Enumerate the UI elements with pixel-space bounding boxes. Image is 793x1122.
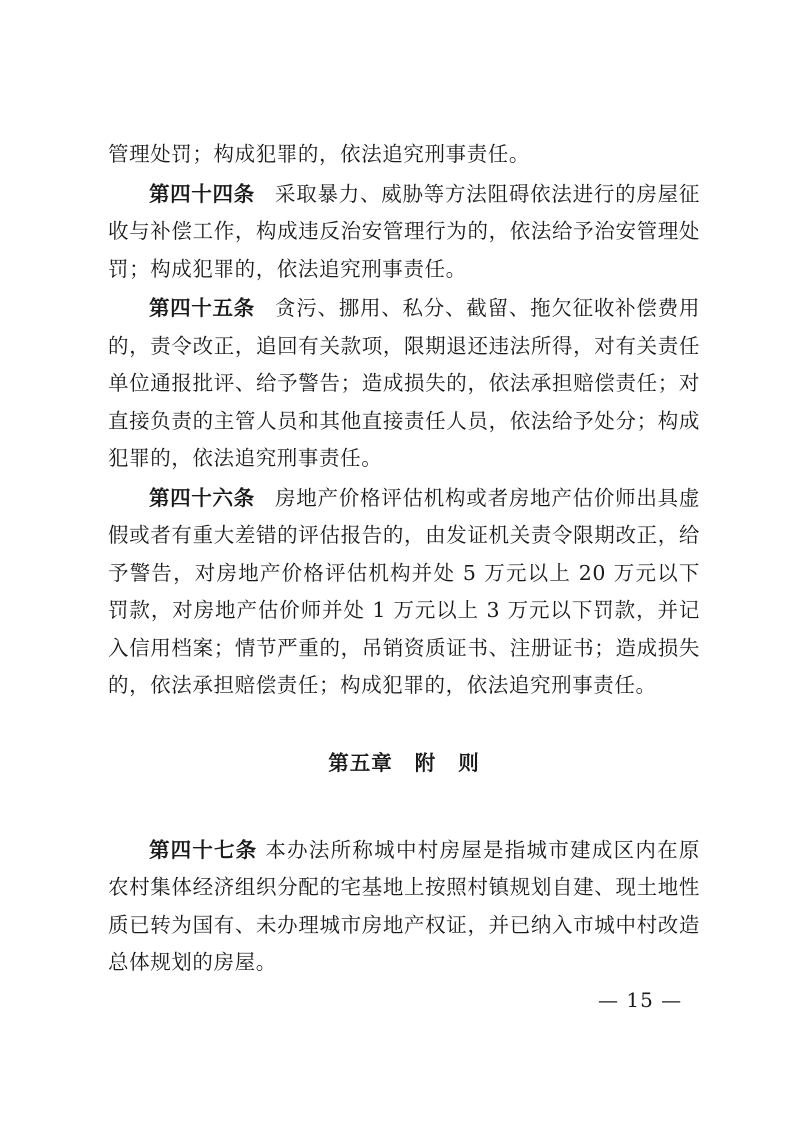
article-label: 第四十五条 [149,296,255,320]
page-number: — 15 — [598,988,682,1012]
continuation-paragraph: 管理处罚；构成犯罪的，依法追究刑事责任。 [108,136,700,174]
chapter-title-part1: 附 [415,751,437,775]
article-label: 第四十七条 [149,838,257,862]
article-44: 第四十四条采取暴力、威胁等方法阻碍依法进行的房屋征收与补偿工作，构成违反治安管理… [108,176,700,289]
article-45: 第四十五条贪污、挪用、私分、截留、拖欠征收补偿费用的，责令改正，追回有关款项，限… [108,290,700,478]
article-label: 第四十六条 [149,486,255,510]
chapter-title-part2: 则 [458,751,480,775]
article-text: 房地产价格评估机构或者房地产估价师出具虚假或者有重大差错的评估报告的，由发证机关… [108,486,700,698]
article-text: 贪污、挪用、私分、截留、拖欠征收补偿费用的，责令改正，追回有关款项，限期退还违法… [108,296,700,470]
article-label: 第四十四条 [149,182,255,206]
paragraph-text: 管理处罚；构成犯罪的，依法追究刑事责任。 [108,142,530,166]
article-47: 第四十七条本办法所称城中村房屋是指城市建成区内在原农村集体经济组织分配的宅基地上… [108,832,700,982]
document-page: 管理处罚；构成犯罪的，依法追究刑事责任。 第四十四条采取暴力、威胁等方法阻碍依法… [108,136,700,982]
chapter-number: 第五章 [328,751,393,775]
article-46: 第四十六条房地产价格评估机构或者房地产估价师出具虚假或者有重大差错的评估报告的，… [108,480,700,705]
chapter-heading: 第五章附则 [108,745,700,782]
